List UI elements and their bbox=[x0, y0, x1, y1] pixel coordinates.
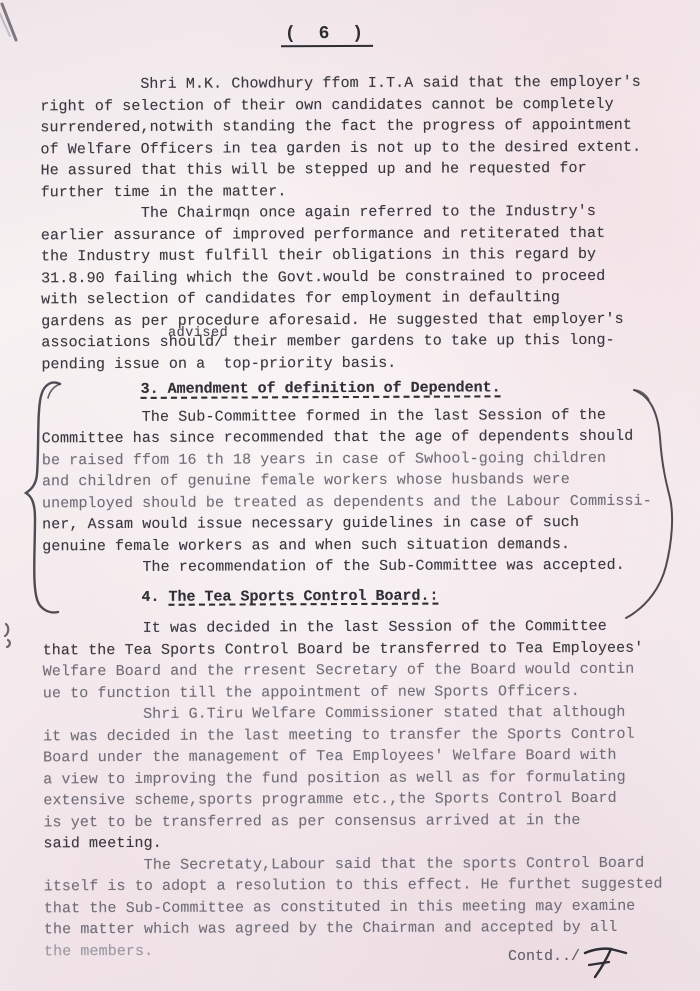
inserted-word: advised bbox=[168, 326, 228, 341]
paragraph: The Sub-Committee formed in the last Ses… bbox=[42, 404, 693, 579]
text-line: the matter which was agreed by the Chair… bbox=[44, 917, 694, 941]
text-line: surrendered,notwith standing the fact th… bbox=[40, 115, 690, 139]
text-line: itself is to adopt a resolution to this … bbox=[44, 874, 694, 898]
page-number-wrap: ( 6 ) bbox=[2, 23, 652, 49]
text-line: The recommendation of the Sub-Committee … bbox=[42, 555, 692, 579]
text-line: Committee has since recommended that the… bbox=[42, 426, 692, 450]
paragraph: The Chairmqn once again referred to the … bbox=[41, 201, 692, 376]
text-line: Welfare Board and the rresent Secretary … bbox=[43, 659, 693, 683]
text-line: is yet to be transferred as per consensu… bbox=[43, 809, 693, 833]
text-line: genuine female workers as and when such … bbox=[42, 533, 692, 557]
section-heading-prefix: 4. bbox=[42, 588, 168, 606]
paragraph: It was decided in the last Session of th… bbox=[43, 616, 693, 705]
document-page: ( 6 ) Shri M.K. Chowdhury ffom I.T.A sai… bbox=[0, 0, 700, 991]
text-line: that the Tea Sports Control Board be tra… bbox=[43, 637, 693, 661]
footer: Contd../ bbox=[508, 948, 628, 980]
section-heading-title: The Tea Sports Control Board.: bbox=[168, 587, 438, 605]
text-line: it was decided in the last meeting to tr… bbox=[43, 723, 693, 747]
page-number: ( 6 ) bbox=[281, 24, 373, 47]
text-line: earlier assurance of improved performanc… bbox=[41, 222, 691, 246]
text-line: said meeting. bbox=[43, 831, 693, 855]
text-line: Shri G.Tiru Welfare Commissioner stated … bbox=[43, 702, 693, 726]
handwritten-seven-icon bbox=[582, 944, 628, 980]
section-heading-title: 3. Amendment of definition of Dependent. bbox=[141, 379, 501, 398]
text-line: The Secretaty,Labour said that the sport… bbox=[44, 852, 694, 876]
footer-contd-label: Contd../ bbox=[508, 948, 580, 965]
section-heading-prefix bbox=[41, 381, 140, 398]
text-line: extensive scheme,sports programme etc.,t… bbox=[43, 788, 693, 812]
text-line: right of selection of their own candidat… bbox=[40, 93, 690, 117]
text-line: with selection of candidates for employm… bbox=[41, 287, 691, 311]
document-body: Shri M.K. Chowdhury ffom I.T.A said that… bbox=[40, 72, 694, 963]
text-line: 31.8.90 failing which the Govt.would be … bbox=[41, 265, 691, 289]
text-line: and children of genuine female workers w… bbox=[42, 469, 692, 493]
text-line: unemployed should be treated as dependen… bbox=[42, 490, 692, 514]
text-line: a view to improving the fund position as… bbox=[43, 766, 693, 790]
text-line: Shri M.K. Chowdhury ffom I.T.A said that… bbox=[40, 72, 690, 96]
text-line: ue to function till the appointment of n… bbox=[43, 680, 693, 704]
section-heading: 3. Amendment of definition of Dependent. bbox=[41, 377, 691, 401]
text-line: of Welfare Officers in tea garden is not… bbox=[40, 136, 690, 160]
text-line: The Chairmqn once again referred to the … bbox=[41, 201, 691, 225]
text-line: gardens as per procedure aforesaid. He s… bbox=[41, 308, 691, 332]
paragraph: Shri G.Tiru Welfare Commissioner stated … bbox=[43, 702, 694, 855]
text-line: the Industry must fulfill their obligati… bbox=[41, 244, 691, 268]
text-line: further time in the matter. bbox=[41, 179, 691, 203]
text-line: Board under the management of Tea Employ… bbox=[43, 745, 693, 769]
text-line: It was decided in the last Session of th… bbox=[43, 616, 693, 640]
text-line: that the Sub-Committee as constituted in… bbox=[44, 895, 694, 919]
paragraph: Shri M.K. Chowdhury ffom I.T.A said that… bbox=[40, 72, 691, 204]
text-line: be raised ffom 16 th 18 years in case of… bbox=[42, 447, 692, 471]
text-line: The Sub-Committee formed in the last Ses… bbox=[42, 404, 692, 428]
section-heading: 4. The Tea Sports Control Board.: bbox=[42, 584, 692, 608]
text-line: pending issue on a top-priority basis. bbox=[41, 351, 691, 375]
text-line: ner, Assam would issue necessary guideli… bbox=[42, 512, 692, 536]
text-line: He assured that this will be stepped up … bbox=[41, 158, 691, 182]
text-line: associations should/ their member garden… bbox=[41, 330, 691, 354]
